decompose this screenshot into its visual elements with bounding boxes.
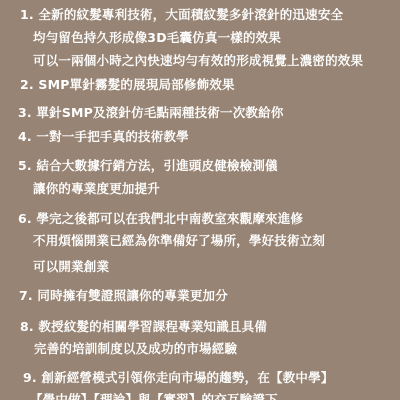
item-9-line-1: 9. 創新經營模式引領你走向市場的趨勢，在【教中學】 [23, 370, 334, 386]
item-6-line-2: 不用煩惱開業已經為你準備好了場所，學好技術立刻 [33, 233, 325, 249]
item-text: 結合大數據行銷方法，引進頭皮健檢檢測儀 [36, 158, 277, 173]
item-4-line-1: 4. 一對一手把手真的技術教學 [18, 129, 189, 145]
item-number: 2. [20, 77, 34, 93]
item-text: 單針SMP及滾針仿毛點兩種技術一次教給你 [36, 105, 283, 120]
item-7-line-1: 7. 同時擁有雙證照讓你的專業更加分 [19, 288, 228, 304]
item-text: 學完之後都可以在我們北中南教室來觀摩來進修 [36, 211, 303, 226]
item-text: 教授紋髮的相關學習課程專業知識且具備 [38, 319, 267, 334]
item-number: 1. [20, 7, 34, 23]
item-number: 4. [18, 129, 32, 145]
item-number: 3. [18, 105, 32, 121]
item-6-line-3: 可以開業創業 [33, 259, 109, 275]
item-1-line-3: 可以一兩個小時之內快速均勻有效的形成視覺上濃密的效果 [33, 53, 363, 69]
item-2-line-1: 2. SMP單針霧髮的展現局部修飾效果 [20, 77, 235, 93]
item-5-line-2: 讓你的專業度更加提升 [33, 181, 160, 197]
item-number: 5. [18, 158, 32, 174]
item-text: SMP單針霧髮的展現局部修飾效果 [38, 77, 234, 92]
item-5-line-1: 5. 結合大數據行銷方法，引進頭皮健檢檢測儀 [18, 158, 278, 174]
item-number: 7. [19, 288, 33, 304]
item-number: 8. [20, 319, 34, 335]
item-number: 9. [23, 370, 37, 386]
item-6-line-1: 6. 學完之後都可以在我們北中南教室來觀摩來進修 [18, 211, 303, 227]
item-text: 同時擁有雙證照讓你的專業更加分 [37, 288, 228, 303]
item-8-line-1: 8. 教授紋髮的相關學習課程專業知識且具備 [20, 319, 267, 335]
item-text: 全新的紋髮專利技術，大面積紋髮多針滾針的迅速安全 [38, 7, 343, 22]
item-text: 創新經營模式引領你走向市場的趨勢，在【教中學】 [41, 370, 333, 385]
item-9-line-2: 【學中做】【理論】與【實習】的交互驗證下 [30, 392, 278, 400]
item-1-line-2: 均勻留色持久形成像3D毛囊仿真一樣的效果 [33, 30, 281, 46]
item-3-line-1: 3. 單針SMP及滾針仿毛點兩種技術一次教給你 [18, 105, 284, 121]
item-1-line-1: 1. 全新的紋髮專利技術，大面積紋髮多針滾針的迅速安全 [20, 7, 343, 23]
item-8-line-2: 完善的培訓制度以及成功的市場經驗 [34, 341, 237, 357]
item-number: 6. [18, 211, 32, 227]
item-text: 一對一手把手真的技術教學 [36, 129, 188, 144]
